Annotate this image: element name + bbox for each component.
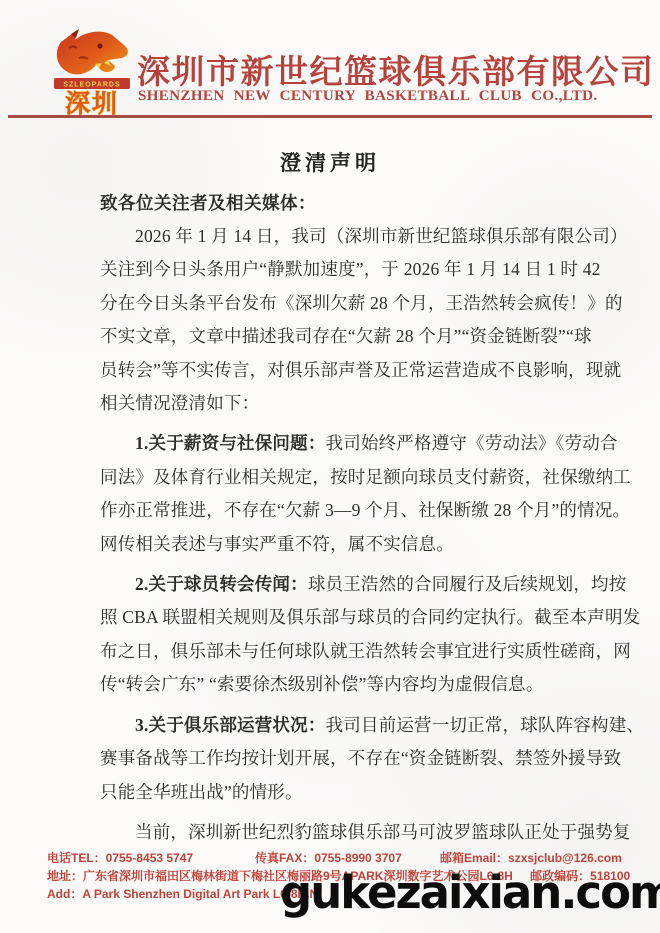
body-line: 只能全华班出战”的情形。 — [100, 776, 575, 809]
document-title: 澄清声明 — [0, 147, 660, 177]
body-line: 传“转会广东” “索要徐杰级别补偿”等内容均为虚假信息。 — [100, 668, 575, 701]
company-name-cn: 深圳市新世纪篮球俱乐部有限公司 — [137, 46, 655, 93]
body-line: 当前，深圳新世纪烈豹篮球俱乐部马可波罗篮球队正处于强势复 — [100, 816, 575, 849]
body-line: 布之日，俱乐部未与任何球队就王浩然转会事宜进行实质性磋商，网 — [100, 635, 575, 668]
section-heading: 1.关于薪资与社保问题： — [135, 433, 326, 453]
body-line: 1.关于薪资与社保问题：我司始终严格遵守《劳动法》《劳动合 — [100, 427, 575, 460]
body-line: 不实文章，文章中描述我司存在“欠薪 28 个月”“资金链断裂”“球 — [100, 320, 575, 353]
body-line: 3.关于俱乐部运营状况：我司目前运营一切正常，球队阵容构建、 — [100, 709, 575, 742]
body-line: 相关情况澄清如下： — [100, 387, 575, 420]
footer-address-en: Add：A Park Shenzhen Digital Art Park L6-… — [47, 887, 318, 901]
section-heading: 3.关于俱乐部运营状况： — [135, 715, 326, 735]
logo-team-cn: 深圳 — [65, 90, 119, 116]
club-logo: SZLEOPARDS 深圳 — [49, 26, 135, 116]
body-line: 赛事备战等工作均按计划开展，不存在“资金链断裂、禁签外援导致 — [100, 742, 575, 775]
footer-fax: 传真FAX：0755-8990 3707 — [255, 849, 402, 866]
section-heading: 2.关于球员转会传闻： — [135, 574, 308, 594]
footer-contact-row: 电话TEL：0755-8453 5747 传真FAX：0755-8990 370… — [47, 849, 650, 867]
company-name-en: SHENZHEN NEW CENTURY BASKETBALL CLUB CO.… — [138, 88, 598, 105]
body-line: 2026 年 1 月 14 日，我司（深圳市新世纪篮球俱乐部有限公司） — [100, 220, 575, 253]
body-line: 分在今日头条平台发布《深圳欠薪 28 个月，王浩然转会疯传！》的 — [100, 287, 575, 320]
scanned-statement-page: SZLEOPARDS 深圳 深圳市新世纪篮球俱乐部有限公司 SHENZHEN N… — [0, 0, 660, 933]
body-line: 同法》及体育行业相关规定，按时足额向球员支付薪资，社保缴纳工 — [100, 461, 575, 494]
logo-team-en: SZLEOPARDS — [63, 82, 120, 89]
body-line: 2.关于球员转会传闻：球员王浩然的合同履行及后续规划，均按 — [100, 568, 575, 601]
body-line: 关注到今日头条用户“静默加速度”，于 2026 年 1 月 14 日 1 时 4… — [100, 253, 575, 286]
body-line: 照 CBA 联盟相关规则及俱乐部与球员的合同约定执行。截至本声明发 — [100, 601, 575, 634]
body-line: 员转会”等不实传言，对俱乐部声誉及正常运营造成不良影响，现就 — [100, 354, 575, 387]
body-line: 网传相关表述与事实严重不符，属不实信息。 — [100, 528, 575, 561]
footer-email: 邮箱Email：szxsjclub@126.com — [440, 849, 622, 866]
leopard-head-icon: SZLEOPARDS 深圳 — [49, 26, 135, 116]
salutation: 致各位关注者及相关媒体： — [100, 190, 316, 215]
footer-tel: 电话TEL：0755-8453 5747 — [47, 851, 193, 865]
header-divider — [8, 115, 652, 118]
body-line: 作亦正常推进，不存在“欠薪 3—9 个月、社保断缴 28 个月”的情况。 — [100, 494, 575, 527]
site-watermark: gukezaixian.com — [280, 866, 660, 919]
document-body: 2026 年 1 月 14 日，我司（深圳市新世纪篮球俱乐部有限公司）关注到今日… — [100, 220, 575, 849]
